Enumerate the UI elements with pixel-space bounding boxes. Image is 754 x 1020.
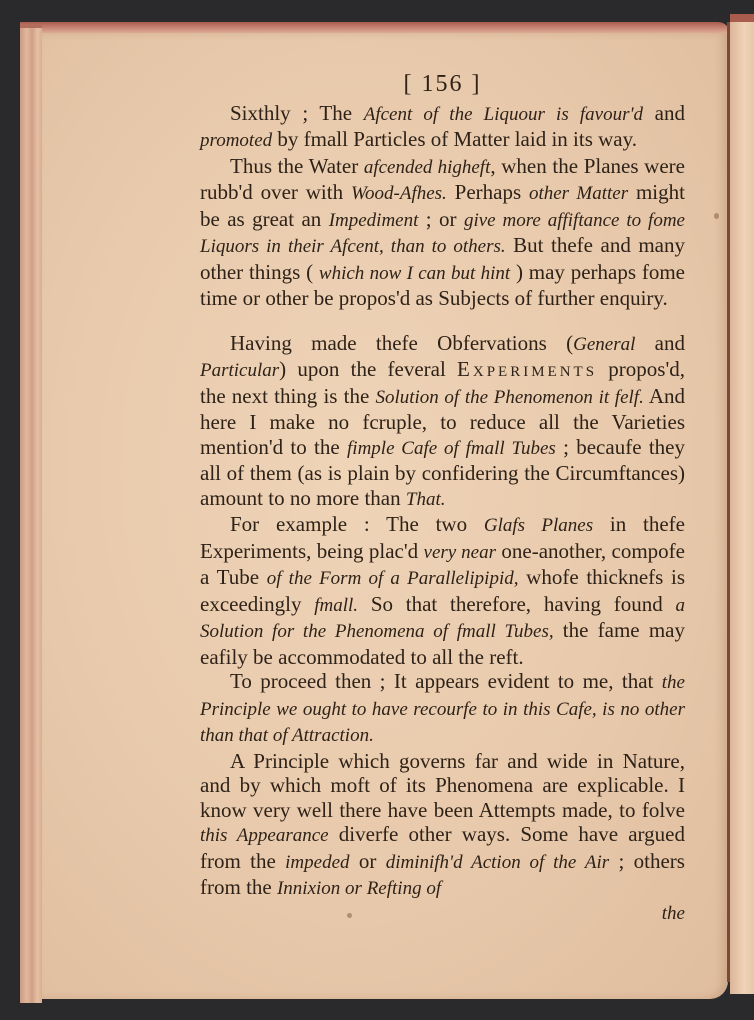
text-run: Glafs Planes (484, 515, 593, 536)
text-run: by fmall Particles of Matter laid in its… (272, 127, 637, 151)
paragraph-p3: Having made thefe Obfervations (General … (200, 331, 685, 513)
facing-page-edge (730, 14, 754, 994)
text-run: For example : The two (230, 512, 484, 536)
text-run: very near (424, 542, 496, 563)
text-run: or (350, 849, 386, 873)
paragraph-p2: Thus the Water afcended higheft, when th… (200, 154, 685, 311)
text-run: Experiments (457, 357, 597, 381)
text-run: and (643, 101, 685, 125)
paragraphs: Sixthly ; The Afcent of the Liquour is f… (200, 101, 685, 902)
text-run: ; or (418, 207, 464, 231)
text-run: Thus the Water (230, 154, 364, 178)
page-text: [ 156 ] Sixthly ; The Afcent of the Liqu… (200, 72, 685, 926)
foxing-spot (714, 213, 719, 219)
page-stack-edges (20, 25, 42, 1003)
text-run: this Appearance (200, 825, 329, 846)
text-run: of the Form of a Parallelipipid, (267, 568, 519, 589)
text-run: That. (406, 489, 446, 510)
paragraph-p1: Sixthly ; The Afcent of the Liquour is f… (200, 101, 685, 154)
text-run: Sixthly ; The (230, 101, 364, 125)
text-run: and (635, 331, 685, 355)
text-run: Particular (200, 360, 279, 381)
text-run: Impediment (329, 210, 419, 231)
text-run: So that therefore, having found (358, 592, 675, 616)
text-run: Solution of the Phenomenon it felf. (375, 387, 643, 408)
text-run: which now I can but hint (319, 263, 510, 284)
text-run: Innixion or Refting of (277, 878, 441, 899)
text-run: afcended higheft (364, 157, 491, 178)
text-run: impeded (285, 852, 349, 873)
paragraph-p6: A Principle which governs far and wide i… (200, 749, 685, 902)
text-run: A Principle which governs far and wide i… (200, 749, 685, 822)
page-gutter (727, 22, 730, 982)
page-number: [ 156 ] (200, 72, 685, 97)
paragraph-p5: To proceed then ; It appears evident to … (200, 669, 685, 749)
text-run: To proceed then ; It appears evident to … (230, 669, 662, 693)
text-run: diminifh'd Action of the Air (386, 852, 609, 873)
text-run: Afcent of the Liquour is favour'd (364, 104, 643, 125)
catchword: the (200, 902, 685, 927)
text-run: Having made thefe Obfervations ( (230, 331, 573, 355)
paragraph-p4: For example : The two Glafs Planes in th… (200, 512, 685, 669)
text-run: fmall. (314, 595, 358, 616)
text-run: ) upon the feveral (279, 357, 457, 381)
text-run: Perhaps (447, 180, 529, 204)
text-run: fimple Cafe of fmall Tubes (347, 438, 556, 459)
text-run: General (573, 334, 635, 355)
text-run: other Matter (529, 183, 628, 204)
text-run: Wood-Afhes. (351, 183, 447, 204)
text-run: promoted (200, 130, 272, 151)
